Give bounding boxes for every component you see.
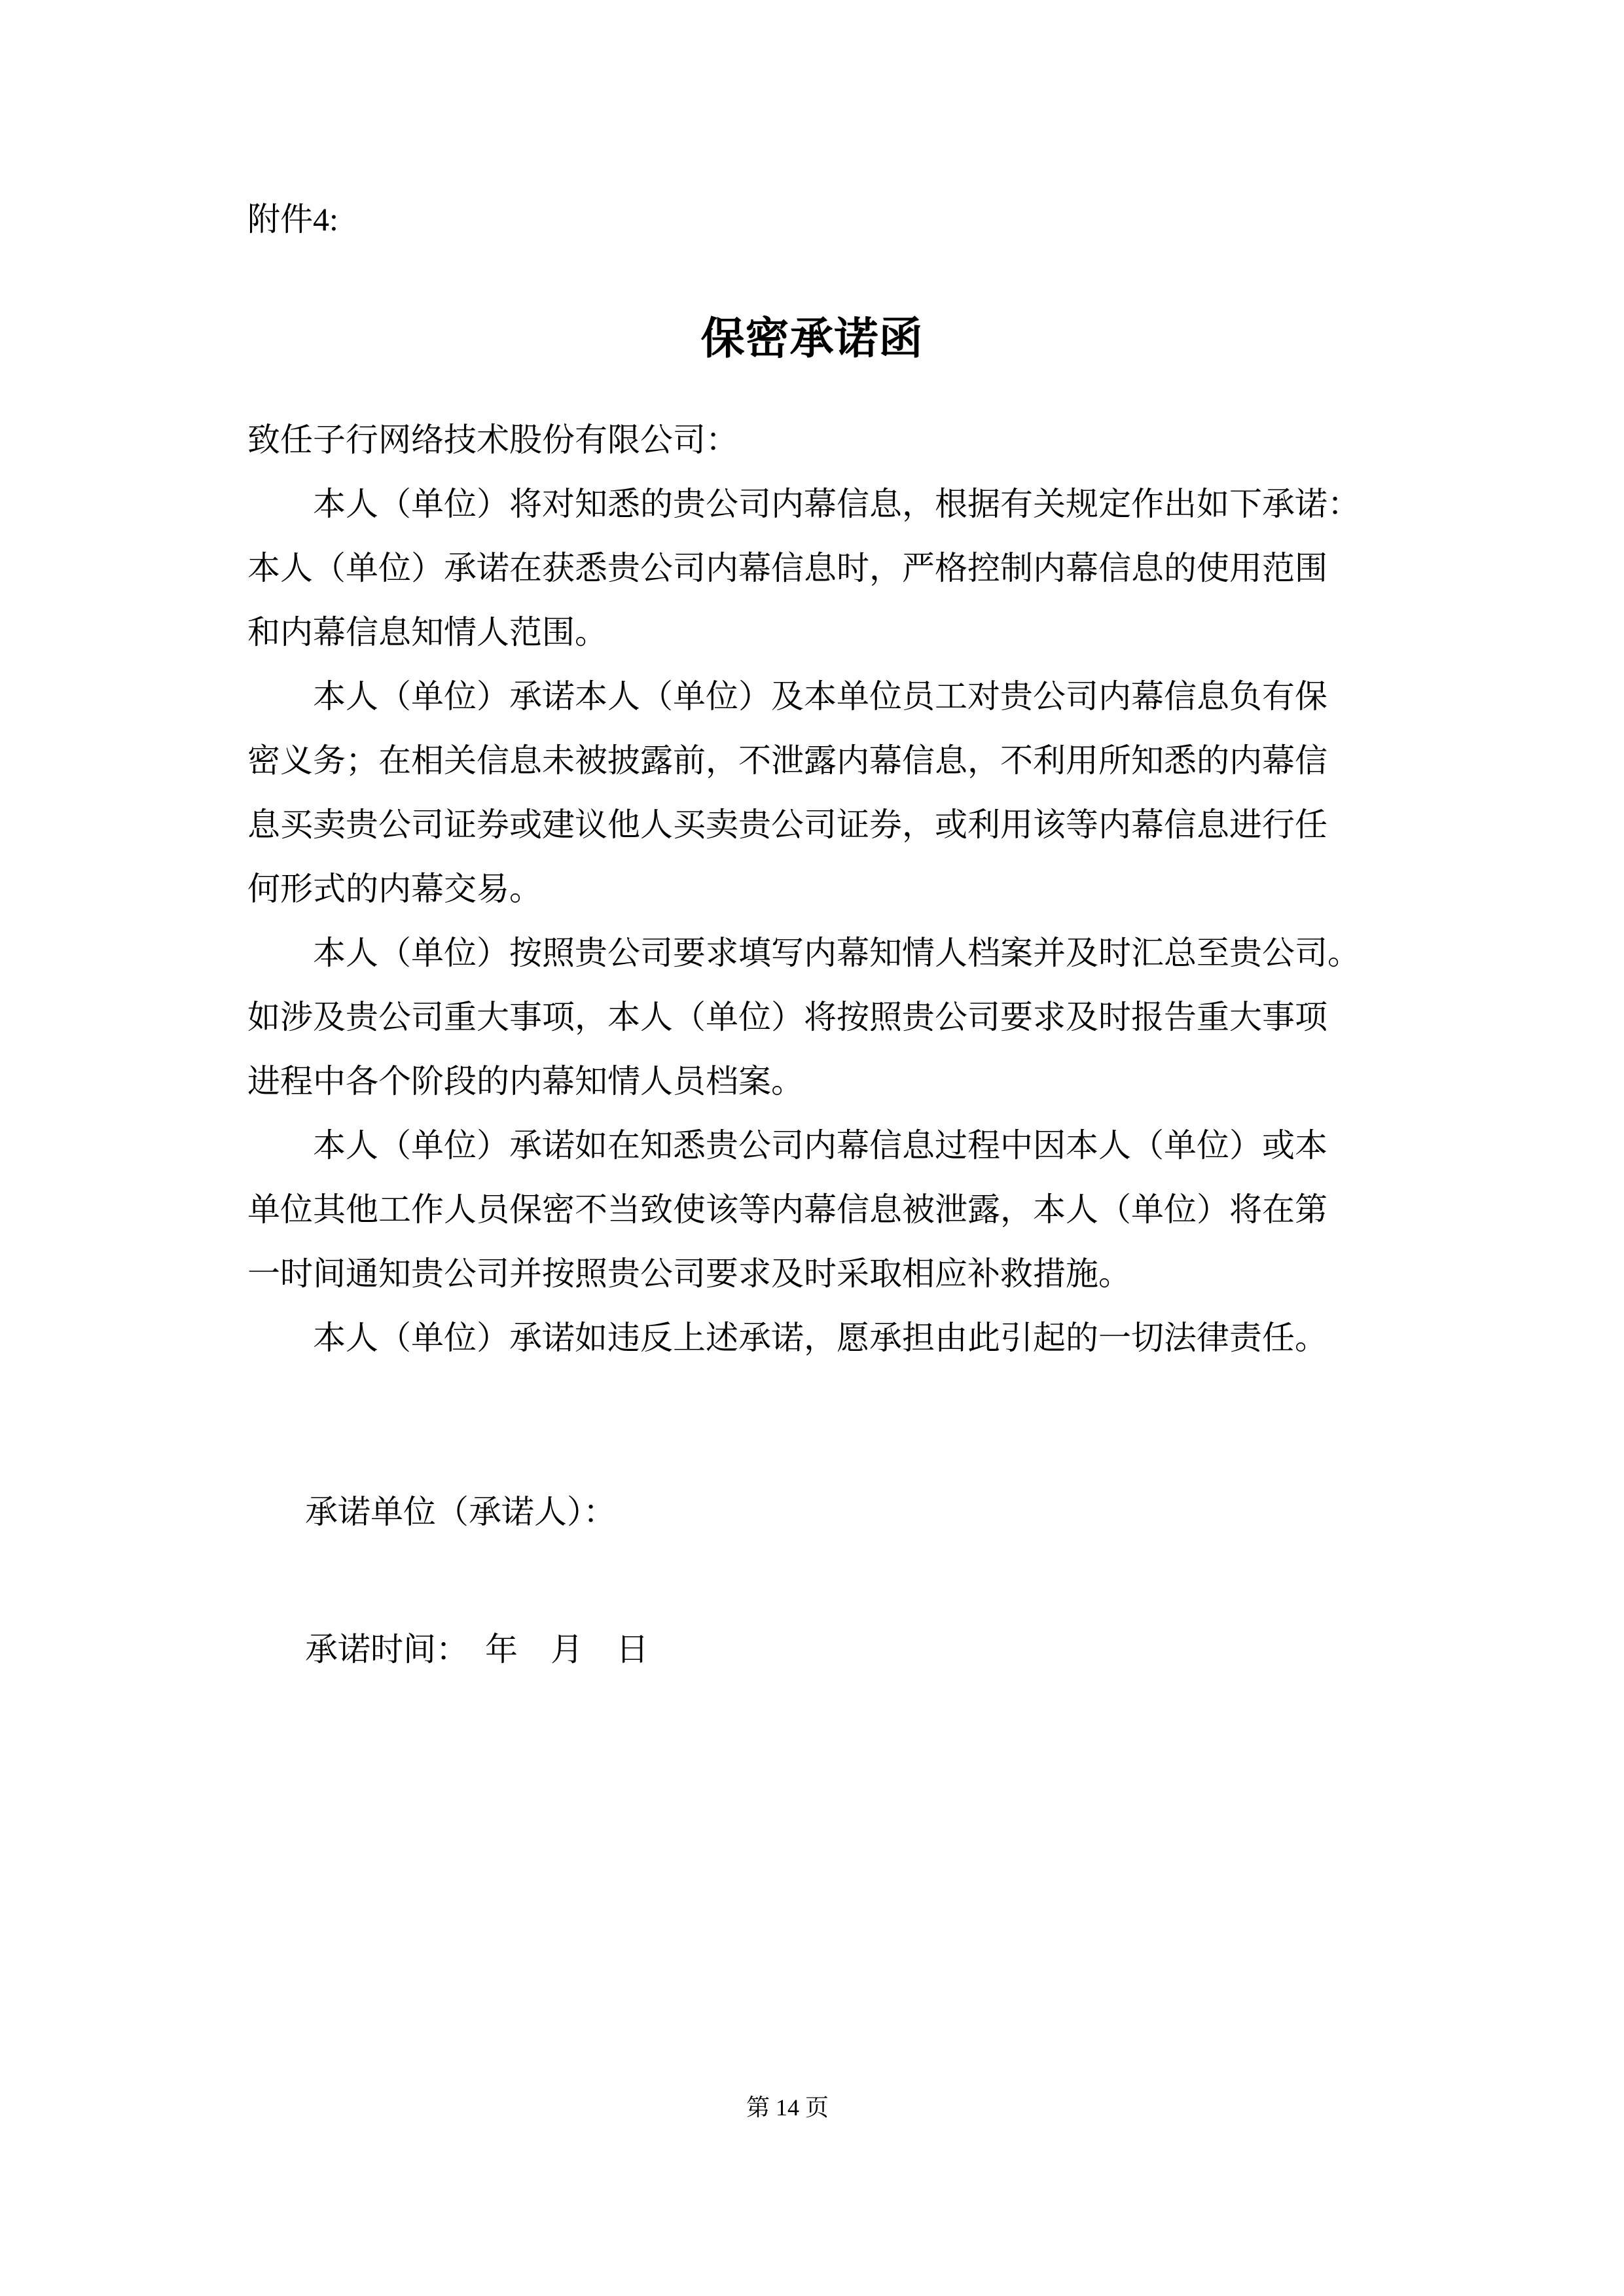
body-line: 本人（单位）承诺本人（单位）及本单位员工对贵公司内幕信息负有保 [247,664,1327,728]
body-line: 本人（单位）承诺在获悉贵公司内幕信息时，严格控制内幕信息的使用范围 [247,536,1327,600]
body-line: 密义务；在相关信息未被披露前，不泄露内幕信息，不利用所知悉的内幕信 [247,728,1327,793]
body-line: 何形式的内幕交易。 [247,857,1327,921]
body-line: 进程中各个阶段的内幕知情人员档案。 [247,1049,1327,1113]
date-label: 承诺时间： 年 月 日 [247,1617,1327,1681]
document-title: 保密承诺函 [0,314,1624,364]
body-line: 和内幕信息知情人范围。 [247,600,1327,664]
body-line: 息买卖贵公司证券或建议他人买卖贵公司证券，或利用该等内幕信息进行任 [247,793,1327,857]
body-line: 本人（单位）承诺如违反上述承诺，愿承担由此引起的一切法律责任。 [247,1306,1327,1370]
document-page: 附件4: 保密承诺函 致任子行网络技术股份有限公司： 本人（单位）将对知悉的贵公… [0,0,1624,2296]
document-body: 致任子行网络技术股份有限公司： 本人（单位）将对知悉的贵公司内幕信息，根据有关规… [247,408,1327,1370]
body-line: 本人（单位）按照贵公司要求填写内幕知情人档案并及时汇总至贵公司。 [247,921,1327,985]
attachment-label: 附件4: [247,196,1327,242]
salutation-line: 致任子行网络技术股份有限公司： [247,408,1327,472]
signature-label: 承诺单位（承诺人）： [247,1480,1327,1544]
body-line: 本人（单位）将对知悉的贵公司内幕信息，根据有关规定作出如下承诺： [247,472,1327,536]
body-line: 单位其他工作人员保密不当致使该等内幕信息被泄露，本人（单位）将在第 [247,1177,1327,1242]
body-line: 本人（单位）承诺如在知悉贵公司内幕信息过程中因本人（单位）或本 [247,1113,1327,1177]
body-line: 一时间通知贵公司并按照贵公司要求及时采取相应补救措施。 [247,1242,1327,1306]
body-line: 如涉及贵公司重大事项，本人（单位）将按照贵公司要求及时报告重大事项 [247,985,1327,1049]
page-number: 第 14 页 [247,2092,1327,2123]
